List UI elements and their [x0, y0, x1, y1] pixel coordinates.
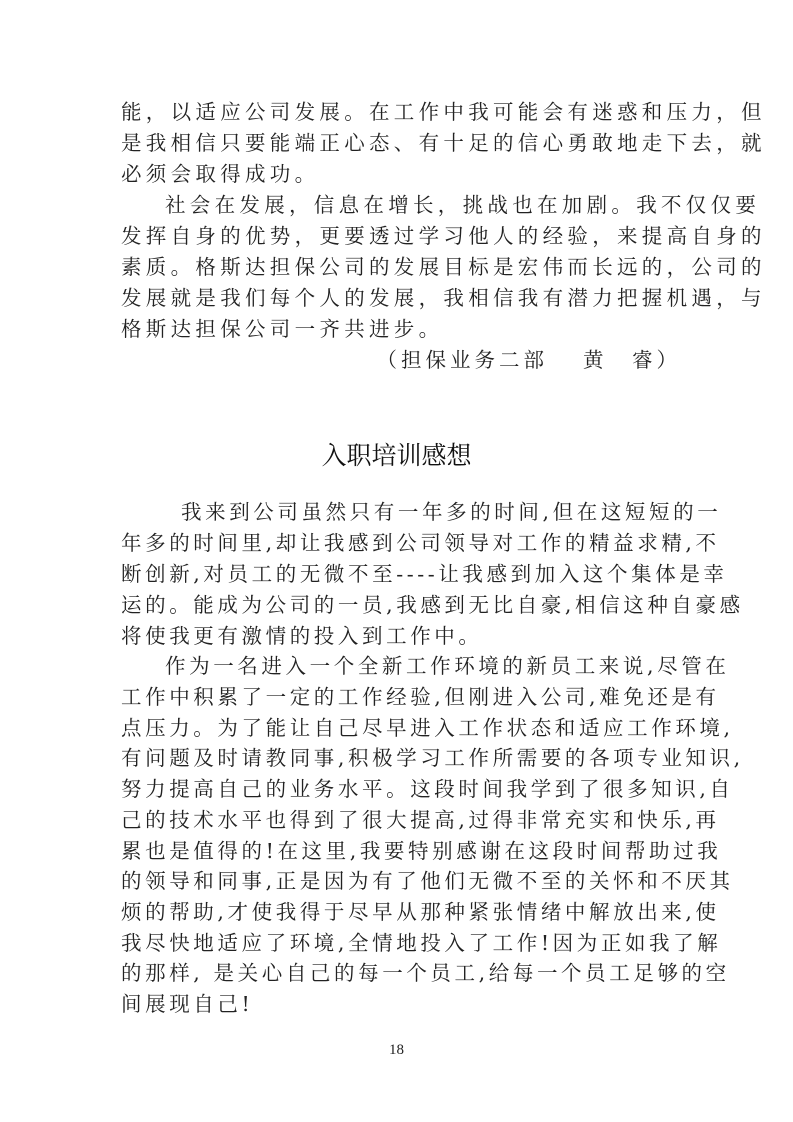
paragraph-line: 发展就是我们每个人的发展，我相信我有潜力把握机遇，与	[121, 283, 681, 313]
paragraph-line: 我尽快地适应了环境,全情地投入了工作!因为正如我了解	[121, 928, 681, 958]
paragraph-line: 将使我更有激情的投入到工作中。	[121, 621, 681, 651]
paragraph-line: 能，以适应公司发展。在工作中我可能会有迷惑和压力，但	[121, 97, 681, 127]
paragraph-line: 是我相信只要能端正心态、有十足的信心勇敢地走下去，就	[121, 128, 681, 158]
paragraph-line: 有问题及时请教同事,积极学习工作所需要的各项专业知识,	[121, 743, 681, 773]
paragraph-line: 的那样, 是关心自己的每一个员工,给每一个员工足够的空	[121, 958, 681, 988]
paragraph-line: 运的。能成为公司的一员,我感到无比自豪,相信这种自豪感	[121, 590, 681, 620]
paragraph-line: 断创新,对员工的无微不至----让我感到加入这个集体是幸	[121, 559, 681, 589]
paragraph-line: 年多的时间里,却让我感到公司领导对工作的精益求精,不	[121, 528, 681, 558]
paragraph-line: 努力提高自己的业务水平。这段时间我学到了很多知识,自	[121, 774, 681, 804]
paragraph-line: 素质。格斯达担保公司的发展目标是宏伟而长远的，公司的	[121, 252, 681, 282]
paragraph-line: 工作中积累了一定的工作经验,但刚进入公司,难免还是有	[121, 682, 681, 712]
paragraph-line: 的领导和同事,正是因为有了他们无微不至的关怀和不厌其	[121, 866, 681, 896]
paragraph-line: 烦的帮助,才使我得于尽早从那种紧张情绪中解放出来,使	[121, 897, 681, 927]
paragraph-line: 累也是值得的!在这里,我要特别感谢在这段时间帮助过我	[121, 836, 681, 866]
document-page: 能，以适应公司发展。在工作中我可能会有迷惑和压力，但 是我相信只要能端正心态、有…	[0, 0, 793, 1122]
paragraph-line: 我来到公司虽然只有一年多的时间,但在这短短的一	[121, 497, 681, 527]
paragraph-line: 格斯达担保公司一齐共进步。	[121, 314, 681, 344]
paragraph-line: 间展现自己!	[121, 989, 681, 1019]
author-signature: （担保业务二部 黄 睿）	[376, 345, 681, 375]
paragraph-line: 社会在发展，信息在增长，挑战也在加剧。我不仅仅要	[121, 190, 681, 220]
paragraph-line: 必须会取得成功。	[121, 159, 681, 189]
page-number: 18	[0, 1040, 793, 1060]
paragraph-line: 作为一名进入一个全新工作环境的新员工来说,尽管在	[121, 651, 681, 681]
paragraph-line: 点压力。为了能让自己尽早进入工作状态和适应工作环境,	[121, 713, 681, 743]
paragraph-line: 己的技术水平也得到了很大提高,过得非常充实和快乐,再	[121, 805, 681, 835]
paragraph-line: 发挥自身的优势，更要透过学习他人的经验，来提高自身的	[121, 221, 681, 251]
article-title: 入职培训感想	[0, 438, 793, 474]
